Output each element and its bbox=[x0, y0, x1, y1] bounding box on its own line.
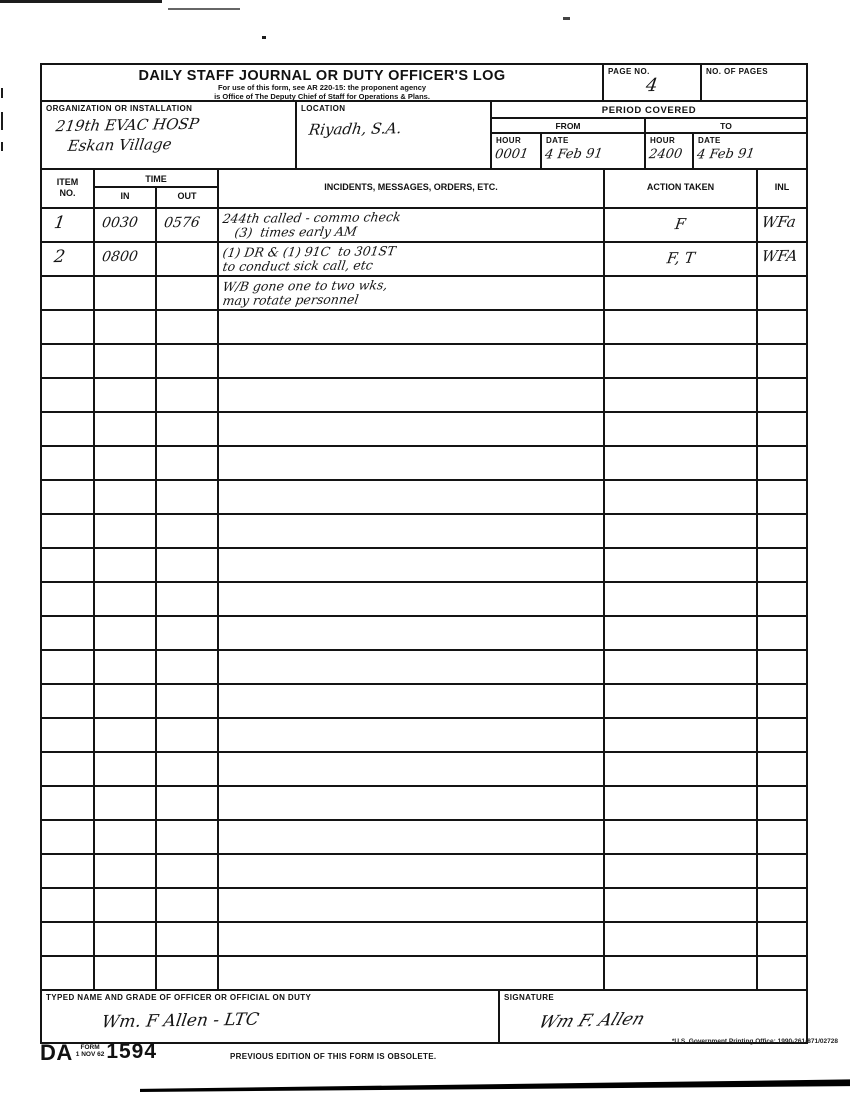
time-in-cell bbox=[95, 481, 157, 513]
organization-cell: ORGANIZATION OR INSTALLATION 219th EVAC … bbox=[42, 102, 297, 168]
inl-cell: WFa bbox=[758, 209, 806, 241]
time-in-header: IN bbox=[95, 188, 157, 207]
inl-cell bbox=[758, 549, 806, 581]
incidents-cell: (1) DR & (1) 91C to 301ST to conduct sic… bbox=[219, 243, 605, 275]
time-out-cell bbox=[157, 277, 219, 309]
inl-cell bbox=[758, 481, 806, 513]
time-out-cell bbox=[157, 787, 219, 819]
incidents-cell bbox=[219, 447, 605, 479]
incidents-cell bbox=[219, 719, 605, 751]
action-taken-cell bbox=[605, 787, 758, 819]
table-row bbox=[42, 887, 806, 921]
time-in-cell bbox=[95, 515, 157, 547]
inl-cell bbox=[758, 923, 806, 955]
org-location-period-band: ORGANIZATION OR INSTALLATION 219th EVAC … bbox=[42, 102, 806, 170]
to-hour-cell: HOUR 2400 bbox=[646, 134, 694, 168]
time-in-cell bbox=[95, 345, 157, 377]
time-out-cell bbox=[157, 651, 219, 683]
incidents-cell bbox=[219, 311, 605, 343]
from-date-cell: DATE 4 Feb 91 bbox=[542, 134, 646, 168]
scan-artifact bbox=[168, 8, 240, 10]
table-row bbox=[42, 717, 806, 751]
to-date-value: 4 Feb 91 bbox=[696, 148, 756, 163]
table-row bbox=[42, 309, 806, 343]
signature-cell: SIGNATURE Wm F. Allen bbox=[500, 991, 806, 1042]
time-in-cell bbox=[95, 957, 157, 989]
table-row bbox=[42, 785, 806, 819]
incidents-cell bbox=[219, 651, 605, 683]
item-no-cell: 1 bbox=[42, 209, 95, 241]
inl-cell bbox=[758, 719, 806, 751]
table-row bbox=[42, 581, 806, 615]
da-word: DA bbox=[40, 1040, 73, 1066]
action-taken-cell bbox=[605, 549, 758, 581]
inl-cell bbox=[758, 583, 806, 615]
form-edition: FORM 1 NOV 62 bbox=[76, 1044, 105, 1058]
log-table-body: 1 0030 0576 244th called - commo check (… bbox=[42, 207, 806, 989]
typed-name-cell: TYPED NAME AND GRADE OF OFFICER OR OFFIC… bbox=[42, 991, 500, 1042]
typed-name-label: TYPED NAME AND GRADE OF OFFICER OR OFFIC… bbox=[42, 991, 498, 1002]
time-in-cell bbox=[95, 277, 157, 309]
to-hour-value: 2400 bbox=[648, 148, 683, 163]
item-no-cell bbox=[42, 413, 95, 445]
hour-date-row: HOUR 0001 DATE 4 Feb 91 HOUR 2400 DATE 4… bbox=[492, 134, 806, 168]
time-in-cell bbox=[95, 311, 157, 343]
no-of-pages-cell: NO. OF PAGES bbox=[702, 65, 806, 101]
time-in-cell bbox=[95, 787, 157, 819]
inl-cell bbox=[758, 787, 806, 819]
title-cell: DAILY STAFF JOURNAL OR DUTY OFFICER'S LO… bbox=[42, 65, 604, 101]
signature-value: Wm F. Allen bbox=[536, 1010, 647, 1032]
item-no-cell bbox=[42, 379, 95, 411]
time-out-cell bbox=[157, 379, 219, 411]
time-in-cell bbox=[95, 549, 157, 581]
item-no-cell bbox=[42, 855, 95, 887]
time-out-cell bbox=[157, 685, 219, 717]
action-taken-cell bbox=[605, 447, 758, 479]
inl-header: INL bbox=[758, 170, 806, 207]
time-in-cell bbox=[95, 889, 157, 921]
form-title: DAILY STAFF JOURNAL OR DUTY OFFICER'S LO… bbox=[42, 68, 602, 84]
incidents-cell: 244th called - commo check (3) times ear… bbox=[219, 209, 605, 241]
action-taken-cell bbox=[605, 855, 758, 887]
action-taken-cell: F bbox=[605, 209, 758, 241]
form-footer: DA FORM 1 NOV 62 1594 PREVIOUS EDITION O… bbox=[40, 1040, 840, 1074]
incidents-cell bbox=[219, 889, 605, 921]
time-header-group: TIME IN OUT bbox=[95, 170, 219, 207]
inl-cell bbox=[758, 821, 806, 853]
incidents-cell bbox=[219, 515, 605, 547]
incidents-cell bbox=[219, 923, 605, 955]
item-no-cell bbox=[42, 651, 95, 683]
location-value: Riyadh, S.A. bbox=[308, 120, 403, 138]
item-no-cell bbox=[42, 787, 95, 819]
action-taken-cell bbox=[605, 957, 758, 989]
from-hour-label: HOUR bbox=[492, 134, 540, 145]
time-out-cell bbox=[157, 855, 219, 887]
table-row bbox=[42, 343, 806, 377]
table-row bbox=[42, 853, 806, 887]
table-row bbox=[42, 683, 806, 717]
period-covered-label: PERIOD COVERED bbox=[492, 102, 806, 119]
inl-cell bbox=[758, 651, 806, 683]
action-taken-cell bbox=[605, 277, 758, 309]
inl-cell bbox=[758, 685, 806, 717]
time-in-cell: 0800 bbox=[95, 243, 157, 275]
item-no-cell bbox=[42, 515, 95, 547]
scan-artifact bbox=[563, 17, 570, 20]
incidents-cell bbox=[219, 583, 605, 615]
inl-cell bbox=[758, 277, 806, 309]
item-no-cell bbox=[42, 277, 95, 309]
incidents-header: INCIDENTS, MESSAGES, ORDERS, ETC. bbox=[219, 170, 605, 207]
from-hour-cell: HOUR 0001 bbox=[492, 134, 542, 168]
table-row bbox=[42, 547, 806, 581]
table-row bbox=[42, 479, 806, 513]
time-out-cell bbox=[157, 617, 219, 649]
obsolete-note: PREVIOUS EDITION OF THIS FORM IS OBSOLET… bbox=[230, 1052, 436, 1061]
inl-cell bbox=[758, 855, 806, 887]
item-no-cell bbox=[42, 957, 95, 989]
scanned-document-page: DAILY STAFF JOURNAL OR DUTY OFFICER'S LO… bbox=[0, 0, 850, 1097]
table-row bbox=[42, 445, 806, 479]
action-taken-cell bbox=[605, 413, 758, 445]
form-identifier: DA FORM 1 NOV 62 1594 bbox=[40, 1040, 157, 1066]
time-in-cell bbox=[95, 719, 157, 751]
incidents-cell bbox=[219, 379, 605, 411]
gpo-printing-note: *U.S. Government Printing Office: 1990-2… bbox=[672, 1038, 838, 1045]
no-of-pages-label: NO. OF PAGES bbox=[702, 65, 806, 76]
item-no-cell bbox=[42, 719, 95, 751]
item-no-cell bbox=[42, 617, 95, 649]
inl-cell: WFA bbox=[758, 243, 806, 275]
item-no-cell bbox=[42, 889, 95, 921]
from-label: FROM bbox=[492, 119, 646, 132]
scan-artifact bbox=[140, 1078, 850, 1092]
incidents-cell bbox=[219, 413, 605, 445]
action-taken-cell bbox=[605, 379, 758, 411]
time-header: TIME bbox=[95, 170, 217, 188]
form-number: 1594 bbox=[106, 1040, 157, 1064]
action-taken-cell bbox=[605, 889, 758, 921]
scan-artifact bbox=[1, 142, 3, 151]
table-row bbox=[42, 819, 806, 853]
item-no-cell bbox=[42, 923, 95, 955]
action-taken-cell bbox=[605, 515, 758, 547]
to-date-cell: DATE 4 Feb 91 bbox=[694, 134, 806, 168]
from-hour-value: 0001 bbox=[494, 148, 529, 163]
action-taken-cell bbox=[605, 821, 758, 853]
time-out-cell bbox=[157, 549, 219, 581]
time-in-cell bbox=[95, 617, 157, 649]
incidents-cell bbox=[219, 617, 605, 649]
time-out-cell bbox=[157, 311, 219, 343]
time-out-cell bbox=[157, 719, 219, 751]
time-in-cell bbox=[95, 447, 157, 479]
time-out-cell bbox=[157, 413, 219, 445]
item-no-cell bbox=[42, 685, 95, 717]
table-row: 1 0030 0576 244th called - commo check (… bbox=[42, 207, 806, 241]
action-taken-cell bbox=[605, 923, 758, 955]
table-row bbox=[42, 649, 806, 683]
action-taken-cell bbox=[605, 651, 758, 683]
time-out-cell bbox=[157, 957, 219, 989]
from-date-label: DATE bbox=[542, 134, 644, 145]
from-date-value: 4 Feb 91 bbox=[544, 148, 604, 163]
time-out-cell bbox=[157, 753, 219, 785]
inl-cell bbox=[758, 447, 806, 479]
location-cell: LOCATION Riyadh, S.A. bbox=[297, 102, 492, 168]
location-label: LOCATION bbox=[297, 102, 490, 113]
incidents-cell bbox=[219, 345, 605, 377]
scan-artifact bbox=[262, 36, 266, 39]
time-in-cell bbox=[95, 923, 157, 955]
scan-artifact bbox=[0, 0, 162, 3]
incidents-cell bbox=[219, 753, 605, 785]
incidents-cell bbox=[219, 855, 605, 887]
action-taken-cell bbox=[605, 481, 758, 513]
action-taken-cell bbox=[605, 685, 758, 717]
time-out-header: OUT bbox=[157, 188, 217, 207]
inl-cell bbox=[758, 753, 806, 785]
to-hour-label: HOUR bbox=[646, 134, 692, 145]
item-no-cell bbox=[42, 311, 95, 343]
item-no-cell bbox=[42, 583, 95, 615]
action-taken-cell bbox=[605, 583, 758, 615]
item-no-cell bbox=[42, 447, 95, 479]
table-row bbox=[42, 377, 806, 411]
typed-name-value: Wm. F Allen - LTC bbox=[100, 1011, 260, 1032]
inl-cell bbox=[758, 345, 806, 377]
inl-cell bbox=[758, 413, 806, 445]
from-to-row: FROM TO bbox=[492, 119, 806, 134]
time-out-cell bbox=[157, 481, 219, 513]
time-in-cell bbox=[95, 821, 157, 853]
da-form-1594: DAILY STAFF JOURNAL OR DUTY OFFICER'S LO… bbox=[40, 63, 808, 1044]
signature-band: TYPED NAME AND GRADE OF OFFICER OR OFFIC… bbox=[42, 989, 806, 1042]
organization-label: ORGANIZATION OR INSTALLATION bbox=[42, 102, 295, 113]
inl-cell bbox=[758, 957, 806, 989]
table-row bbox=[42, 955, 806, 989]
table-row: 2 0800 (1) DR & (1) 91C to 301ST to cond… bbox=[42, 241, 806, 275]
time-in-cell bbox=[95, 651, 157, 683]
period-covered-section: PERIOD COVERED FROM TO HOUR 0001 DATE 4 … bbox=[492, 102, 806, 168]
time-out-cell bbox=[157, 583, 219, 615]
inl-cell bbox=[758, 617, 806, 649]
action-taken-cell bbox=[605, 617, 758, 649]
time-out-cell bbox=[157, 345, 219, 377]
table-row bbox=[42, 615, 806, 649]
form-header-band: DAILY STAFF JOURNAL OR DUTY OFFICER'S LO… bbox=[42, 65, 806, 102]
incidents-cell bbox=[219, 957, 605, 989]
action-taken-cell bbox=[605, 345, 758, 377]
time-in-cell bbox=[95, 379, 157, 411]
inl-cell bbox=[758, 515, 806, 547]
time-out-cell bbox=[157, 243, 219, 275]
time-in-cell: 0030 bbox=[95, 209, 157, 241]
item-no-cell bbox=[42, 821, 95, 853]
time-out-cell bbox=[157, 923, 219, 955]
incidents-cell bbox=[219, 481, 605, 513]
item-no-cell bbox=[42, 753, 95, 785]
incidents-cell bbox=[219, 549, 605, 581]
time-in-cell bbox=[95, 855, 157, 887]
organization-value-line1: 219th EVAC HOSP bbox=[55, 116, 200, 135]
time-in-cell bbox=[95, 583, 157, 615]
time-in-cell bbox=[95, 413, 157, 445]
item-no-cell bbox=[42, 481, 95, 513]
signature-label: SIGNATURE bbox=[500, 991, 806, 1002]
scan-artifact bbox=[1, 88, 3, 98]
action-taken-cell: F, T bbox=[605, 243, 758, 275]
time-out-cell bbox=[157, 447, 219, 479]
table-row bbox=[42, 751, 806, 785]
incidents-cell bbox=[219, 685, 605, 717]
table-row: W/B gone one to two wks, may rotate pers… bbox=[42, 275, 806, 309]
inl-cell bbox=[758, 889, 806, 921]
incidents-cell bbox=[219, 787, 605, 819]
time-in-cell bbox=[95, 753, 157, 785]
item-no-cell: 2 bbox=[42, 243, 95, 275]
inl-cell bbox=[758, 379, 806, 411]
item-no-cell bbox=[42, 549, 95, 581]
to-date-label: DATE bbox=[694, 134, 806, 145]
form-subtitle-line2: is Office of The Deputy Chief of Staff f… bbox=[42, 93, 602, 102]
incidents-cell bbox=[219, 821, 605, 853]
organization-value-line2: Eskan Village bbox=[67, 136, 173, 154]
table-row bbox=[42, 921, 806, 955]
time-out-cell bbox=[157, 821, 219, 853]
time-out-cell bbox=[157, 515, 219, 547]
action-taken-cell bbox=[605, 753, 758, 785]
page-no-value: 4 bbox=[645, 76, 659, 96]
time-out-cell bbox=[157, 889, 219, 921]
inl-cell bbox=[758, 311, 806, 343]
table-column-headers: ITEM NO. TIME IN OUT INCIDENTS, MESSAGES… bbox=[42, 170, 806, 207]
incidents-cell: W/B gone one to two wks, may rotate pers… bbox=[219, 277, 605, 309]
to-label: TO bbox=[646, 119, 806, 132]
item-no-header: ITEM NO. bbox=[42, 170, 95, 207]
time-out-cell: 0576 bbox=[157, 209, 219, 241]
table-row bbox=[42, 411, 806, 445]
item-no-cell bbox=[42, 345, 95, 377]
action-taken-cell bbox=[605, 719, 758, 751]
scan-artifact bbox=[1, 112, 3, 130]
time-in-cell bbox=[95, 685, 157, 717]
action-taken-header: ACTION TAKEN bbox=[605, 170, 758, 207]
table-row bbox=[42, 513, 806, 547]
action-taken-cell bbox=[605, 311, 758, 343]
page-no-cell: PAGE NO. 4 bbox=[604, 65, 702, 101]
